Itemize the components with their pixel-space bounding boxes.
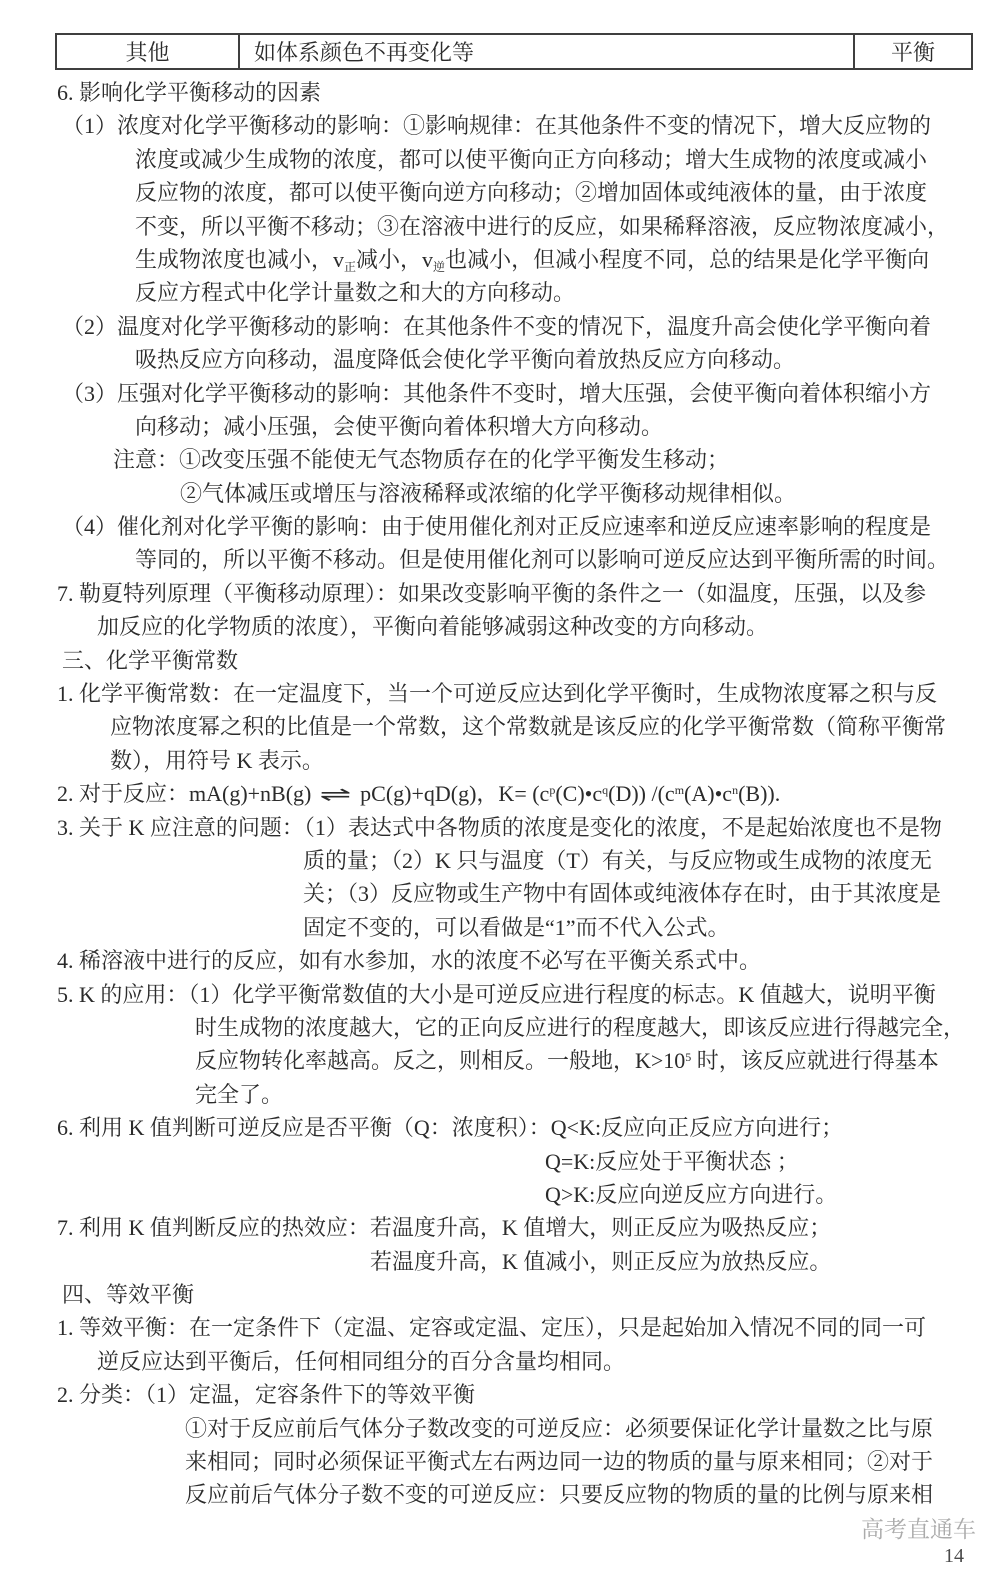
document-body: 6. 影响化学平衡移动的因素 （1）浓度对化学平衡移动的影响：①影响规律：在其他…: [0, 76, 990, 1512]
table-cell-status: 平衡: [853, 35, 971, 68]
text-line: （2）温度对化学平衡移动的影响：在其他条件不变的情况下，温度升高会使化学平衡向着: [0, 310, 990, 343]
text-line: 应物浓度幂之积的比值是一个常数，这个常数就是该反应的化学平衡常数（简称平衡常: [0, 710, 990, 743]
text-line: 7. 勒夏特列原理（平衡移动原理）：如果改变影响平衡的条件之一（如温度，压强，以…: [0, 577, 990, 610]
subscript-reverse: 逆: [433, 260, 445, 274]
watermark: 高考直通车: [861, 1511, 976, 1544]
table-cell-other: 其他: [57, 35, 240, 68]
text-run: (B)).: [738, 781, 780, 806]
text-line: 1. 等效平衡：在一定条件下（定温、定容或定温、定压），只是起始加入情况不同的同…: [0, 1311, 990, 1344]
text-line: 2. 分类：（1）定温，定容条件下的等效平衡: [0, 1378, 990, 1411]
text-line: 逆反应达到平衡后，任何相同组分的百分含量均相同。: [0, 1345, 990, 1378]
text-line: 注意：①改变压强不能使无气态物质存在的化学平衡发生移动；: [0, 443, 990, 476]
text-line: 等同的，所以平衡不移动。但是使用催化剂可以影响可逆反应达到平衡所需的时间。: [0, 543, 990, 576]
text-run: 减小，v: [356, 247, 433, 272]
text-line: 吸热反应方向移动，温度降低会使化学平衡向着放热反应方向移动。: [0, 343, 990, 376]
subscript-forward: 正: [344, 260, 356, 274]
text-line: 4. 稀溶液中进行的反应，如有水参加，水的浓度不必写在平衡关系式中。: [0, 944, 990, 977]
text-run: pC(g)+qD(g)，K= (c: [360, 781, 549, 806]
page-number: 14: [944, 1545, 964, 1568]
equilibrium-arrow-icon: ⇌: [320, 778, 352, 811]
text-run: 时，该反应就进行得基本: [691, 1048, 939, 1073]
text-line: 反应方程式中化学计量数之和大的方向移动。: [0, 276, 990, 309]
text-run: (D)) /(c: [608, 781, 675, 806]
superscript-m: m: [675, 783, 684, 797]
section-heading: 四、等效平衡: [0, 1278, 990, 1311]
text-line: Q>K:反应向逆反应方向进行。: [0, 1178, 990, 1211]
text-line: 1. 化学平衡常数：在一定温度下，当一个可逆反应达到化学平衡时，生成物浓度幂之积…: [0, 677, 990, 710]
table-cell-desc: 如体系颜色不再变化等: [240, 35, 853, 68]
text-line: （1）浓度对化学平衡移动的影响：①影响规律：在其他条件不变的情况下，增大反应物的: [0, 109, 990, 142]
text-line: 生成物浓度也减小，v正减小，v逆也减小，但减小程度不同，总的结果是化学平衡向: [0, 243, 990, 276]
text-run: 2. 对于反应：mA(g)+nB(g): [57, 781, 311, 806]
text-line: 浓度或减少生成物的浓度，都可以使平衡向正方向移动；增大生成物的浓度或减小: [0, 143, 990, 176]
text-line: 质的量；（2）K 只与温度（T）有关，与反应物或生成物的浓度无: [0, 844, 990, 877]
text-run: 也减小，但减小程度不同，总的结果是化学平衡向: [445, 247, 929, 272]
text-line: 加反应的化学物质的浓度），平衡向着能够减弱这种改变的方向移动。: [0, 610, 990, 643]
text-line: 5. K 的应用：（1）化学平衡常数值的大小是可逆反应进行程度的标志。K 值越大…: [0, 978, 990, 1011]
text-line: 7. 利用 K 值判断反应的热效应：若温度升高，K 值增大，则正反应为吸热反应；: [0, 1211, 990, 1244]
text-line: ②气体减压或增压与溶液稀释或浓缩的化学平衡移动规律相似。: [0, 477, 990, 510]
text-line: 反应物转化率越高。反之，则相反。一般地，K>105 时，该反应就进行得基本: [0, 1044, 990, 1077]
text-line: 6. 利用 K 值判断可逆反应是否平衡（Q：浓度积）：Q<K:反应向正反应方向进…: [0, 1111, 990, 1144]
text-line: 不变，所以平衡不移动；③在溶液中进行的反应，如果稀释溶液，反应物浓度减小，: [0, 210, 990, 243]
text-run: (C)•c: [555, 781, 602, 806]
text-line: 反应前后气体分子数不变的可逆反应：只要反应物的物质的量的比例与原来相: [0, 1478, 990, 1511]
text-line: （3）压强对化学平衡移动的影响：其他条件不变时，增大压强，会使平衡向着体积缩小方: [0, 377, 990, 410]
text-line: 3. 关于 K 应注意的问题：（1）表达式中各物质的浓度是变化的浓度，不是起始浓…: [0, 811, 990, 844]
text-line: 若温度升高，K 值减小，则正反应为放热反应。: [0, 1245, 990, 1278]
equation-line: 2. 对于反应：mA(g)+nB(g)⇌pC(g)+qD(g)，K= (cp(C…: [0, 777, 990, 810]
text-line: 完全了。: [0, 1078, 990, 1111]
text-line: 来相同；同时必须保证平衡式左右两边同一边的物质的量与原来相同；②对于: [0, 1445, 990, 1478]
text-line: 时生成物的浓度越大，它的正向反应进行的程度越大，即该反应进行得越完全，: [0, 1011, 990, 1044]
summary-table-row: 其他 如体系颜色不再变化等 平衡: [55, 33, 973, 70]
text-line: 向移动；减小压强，会使平衡向着体积增大方向移动。: [0, 410, 990, 443]
section-heading: 三、化学平衡常数: [0, 644, 990, 677]
text-line: 反应物的浓度，都可以使平衡向逆方向移动；②增加固体或纯液体的量，由于浓度: [0, 176, 990, 209]
text-line: 6. 影响化学平衡移动的因素: [0, 76, 990, 109]
text-line: 数），用符号 K 表示。: [0, 744, 990, 777]
text-line: ①对于反应前后气体分子数改变的可逆反应：必须要保证化学计量数之比与原: [0, 1412, 990, 1445]
text-line: （4）催化剂对化学平衡的影响：由于使用催化剂对正反应速率和逆反应速率影响的程度是: [0, 510, 990, 543]
text-line: 固定不变的，可以看做是“1”而不代入公式。: [0, 911, 990, 944]
text-line: 关；（3）反应物或生产物中有固体或纯液体存在时，由于其浓度是: [0, 877, 990, 910]
text-line: Q=K:反应处于平衡状态 ；: [0, 1145, 990, 1178]
text-run: 反应物转化率越高。反之，则相反。一般地，K>10: [195, 1048, 685, 1073]
text-run: (A)•c: [684, 781, 732, 806]
text-run: 生成物浓度也减小，v: [135, 247, 344, 272]
